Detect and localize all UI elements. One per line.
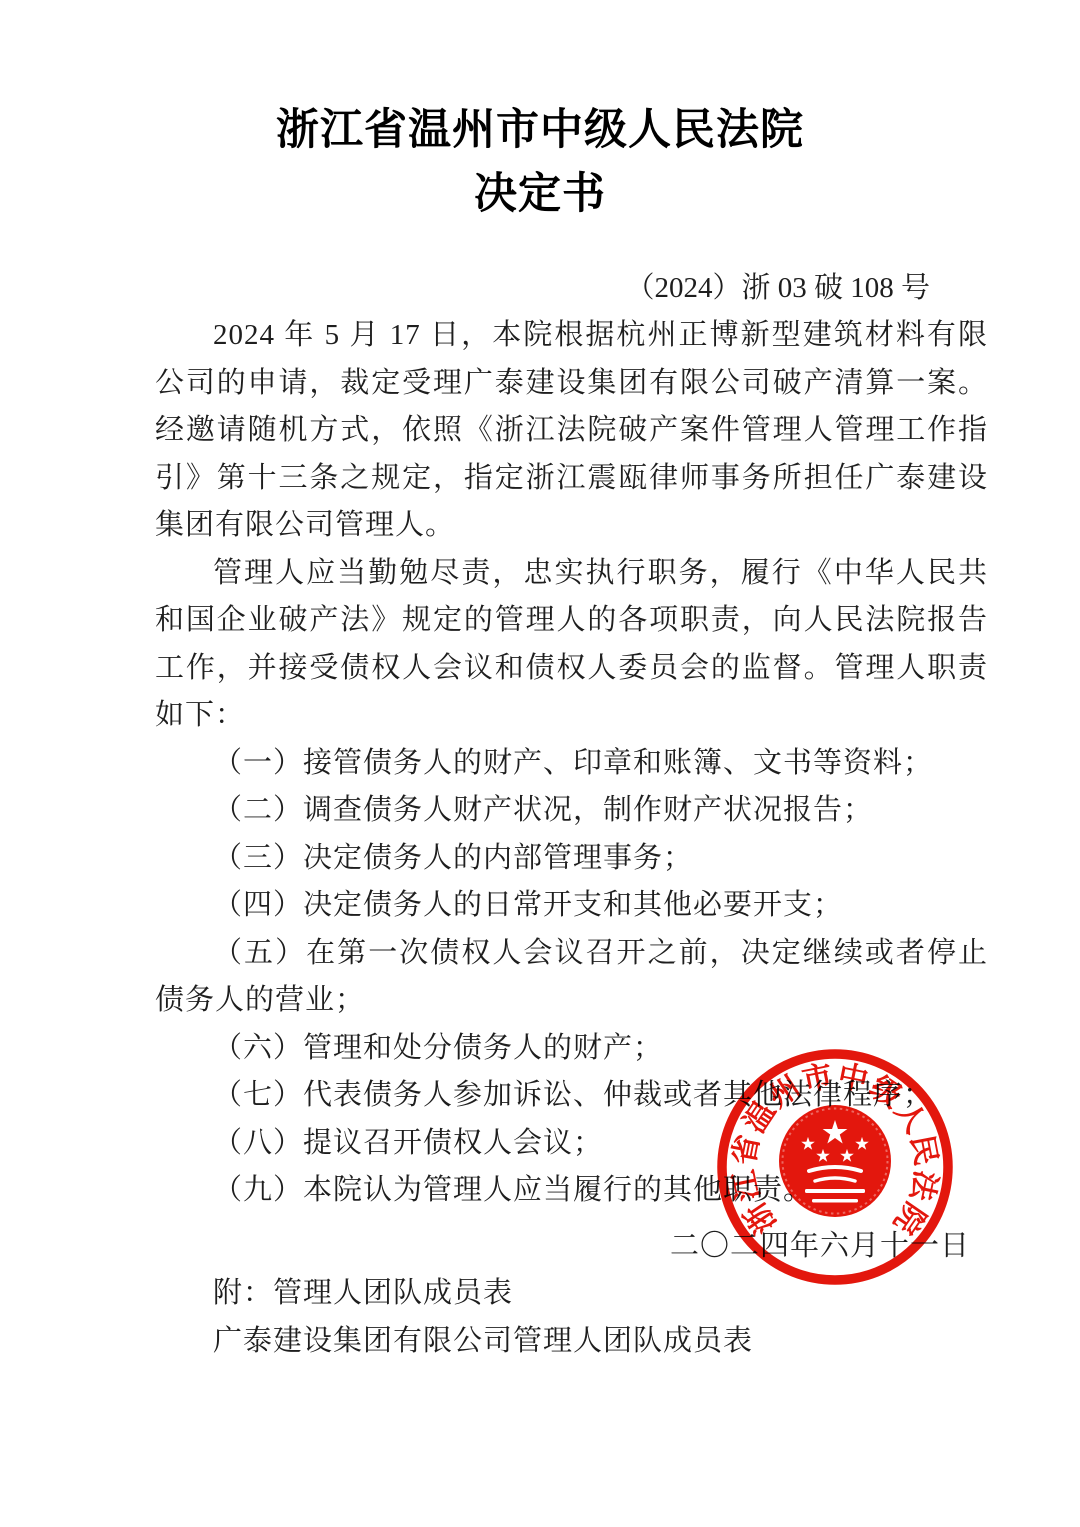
case-number: （2024）浙 03 破 108 号 [0, 268, 1080, 308]
duty-item-2: （二）调查债务人财产状况，制作财产状况报告； [155, 787, 988, 835]
paragraph-duty-preamble: 管理人应当勤勉尽责，忠实执行职务，履行《中华人民共和国企业破产法》规定的管理人的… [155, 550, 988, 740]
duty-item-6: （六）管理和处分债务人的财产； [155, 1025, 988, 1073]
attachment-note: 附：管理人团队成员表 [155, 1270, 988, 1318]
decision-date: 二〇二四年六月十一日 [155, 1223, 988, 1271]
duty-item-1: （一）接管债务人的财产、印章和账簿、文书等资料； [155, 740, 988, 788]
document-body: 2024 年 5 月 17 日，本院根据杭州正博新型建筑材料有限公司的申请，裁定… [155, 312, 988, 1365]
document-type-title: 决定书 [0, 164, 1080, 226]
attachment-title: 广泰建设集团有限公司管理人团队成员表 [155, 1318, 988, 1366]
duty-item-7: （七）代表债务人参加诉讼、仲裁或者其他法律程序； [155, 1072, 988, 1120]
paragraph-intro: 2024 年 5 月 17 日，本院根据杭州正博新型建筑材料有限公司的申请，裁定… [155, 312, 988, 550]
duty-item-5: （五）在第一次债权人会议召开之前，决定继续或者停止债务人的营业； [155, 930, 988, 1025]
court-name-title: 浙江省温州市中级人民法院 [0, 0, 1080, 164]
duty-item-8: （八）提议召开债权人会议； [155, 1120, 988, 1168]
duty-item-3: （三）决定债务人的内部管理事务； [155, 835, 988, 883]
document-page: 浙江省温州市中级人民法院 决定书 （2024）浙 03 破 108 号 2024… [0, 0, 1080, 1527]
duty-item-9: （九）本院认为管理人应当履行的其他职责。 [155, 1167, 988, 1215]
duty-item-4: （四）决定债务人的日常开支和其他必要开支； [155, 882, 988, 930]
